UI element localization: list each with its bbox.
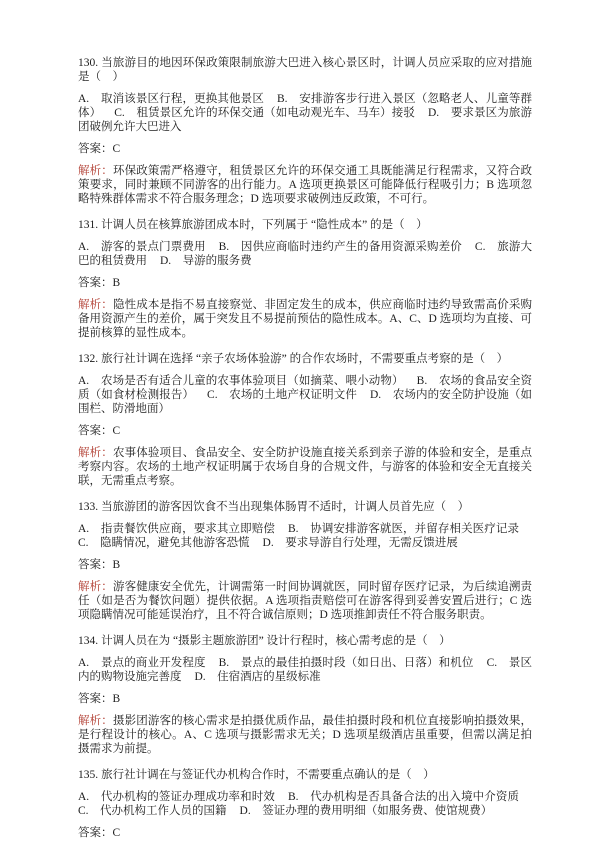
option-b: B. 因供应商临时违约产生的备用资源采购差价 — [219, 241, 462, 253]
answer-value: B — [113, 693, 121, 705]
question-stem: 132.旅行社计调在选择 “亲子农场体验游” 的合作农场时，不需要重点考察的是（… — [78, 352, 532, 366]
option-a: A. 代办机构的签证办理成功率和时效 — [78, 791, 275, 803]
question-block-132: 132.旅行社计调在选择 “亲子农场体验游” 的合作农场时，不需要重点考察的是（… — [78, 352, 532, 488]
question-options: A. 代办机构的签证办理成功率和时效B. 代办机构是否具备合法的出入境中介资质C… — [78, 790, 532, 818]
analysis-text: 农事体验项目、食品安全、安全防护设施直接关系到亲子游的体验和安全，是重点考察内容… — [78, 447, 532, 487]
question-stem-text: 旅行社计调在与签证代办机构合作时，不需要重点确认的是（ ） — [101, 769, 435, 781]
question-stem: 131.计调人员在核算旅游团成本时，下列属于 “隐性成本” 的是（ ） — [78, 218, 532, 232]
analysis-text: 摄影团游客的核心需求是拍摄优质作品，最佳拍摄时段和机位直接影响拍摄效果，是行程设… — [78, 715, 532, 755]
question-stem-text: 计调人员在为 “摄影主题旅游团” 设计行程时，核心需考虑的是（ ） — [101, 635, 450, 647]
question-options: A. 指责餐饮供应商，要求其立即赔偿B. 协调安排游客就医，并留存相关医疗记录C… — [78, 522, 532, 550]
question-number: 131. — [78, 219, 98, 231]
analysis-text: 环保政策需严格遵守，租赁景区允许的环保交通工具既能满足行程需求，又符合政策要求，… — [78, 165, 532, 205]
option-c: C. 农场的土地产权证明文件 — [207, 389, 357, 401]
answer-line: 答案：B — [78, 558, 532, 572]
analysis-text: 隐性成本是指不易直接察觉、非固定发生的成本，供应商临时违约导致需高价采购备用资源… — [78, 299, 532, 339]
analysis-line: 解析：隐性成本是指不易直接察觉、非固定发生的成本，供应商临时违约导致需高价采购备… — [78, 298, 532, 340]
question-stem: 133.当旅游团的游客因饮食不当出现集体肠胃不适时，计调人员首先应（ ） — [78, 500, 532, 514]
answer-label: 答案： — [78, 143, 113, 155]
question-number: 130. — [78, 57, 98, 69]
analysis-text: 游客健康安全优先，计调需第一时间协调就医，同时留存医疗记录，为后续追溯责任（如是… — [78, 581, 532, 621]
option-d: D. 要求导游自行处理，无需反馈进展 — [263, 537, 458, 549]
question-stem: 134.计调人员在为 “摄影主题旅游团” 设计行程时，核心需考虑的是（ ） — [78, 634, 532, 648]
question-number: 132. — [78, 353, 98, 365]
analysis-line: 解析：摄影团游客的核心需求是拍摄优质作品，最佳拍摄时段和机位直接影响拍摄效果，是… — [78, 714, 532, 756]
option-d: D. 住宿酒店的星级标准 — [195, 671, 321, 683]
question-block-134: 134.计调人员在为 “摄影主题旅游团” 设计行程时，核心需考虑的是（ ） A.… — [78, 634, 532, 756]
question-stem-text: 旅行社计调在选择 “亲子农场体验游” 的合作农场时，不需要重点考察的是（ ） — [101, 353, 508, 365]
option-d: D. 签证办理的费用明细（如服务费、使馆规费） — [240, 805, 493, 817]
option-a: A. 游客的景点门票费用 — [78, 241, 206, 253]
answer-value: C — [113, 827, 121, 839]
question-stem-text: 计调人员在核算旅游团成本时，下列属于 “隐性成本” 的是（ ） — [101, 219, 427, 231]
analysis-label: 解析： — [78, 447, 113, 459]
answer-value: C — [113, 425, 121, 437]
analysis-line: 解析：游客健康安全优先，计调需第一时间协调就医，同时留存医疗记录，为后续追溯责任… — [78, 580, 532, 622]
analysis-label: 解析： — [78, 715, 113, 727]
analysis-label: 解析： — [78, 165, 113, 177]
analysis-line: 解析：环保政策需严格遵守，租赁景区允许的环保交通工具既能满足行程需求，又符合政策… — [78, 164, 532, 206]
question-number: 133. — [78, 501, 98, 513]
question-block-135: 135.旅行社计调在与签证代办机构合作时，不需要重点确认的是（ ） A. 代办机… — [78, 768, 532, 840]
question-stem: 130.当旅游目的地因环保政策限制旅游大巴进入核心景区时，计调人员应采取的应对措… — [78, 56, 532, 84]
question-options: A. 景点的商业开发程度B. 景点的最佳拍摄时段（如日出、日落）和机位C. 景区… — [78, 656, 532, 684]
option-c: C. 隐瞒情况，避免其他游客恐慌 — [78, 537, 250, 549]
document-page: 130.当旅游目的地因环保政策限制旅游大巴进入核心景区时，计调人员应采取的应对措… — [0, 0, 600, 849]
question-block-130: 130.当旅游目的地因环保政策限制旅游大巴进入核心景区时，计调人员应采取的应对措… — [78, 56, 532, 206]
option-b: B. 协调安排游客就医，并留存相关医疗记录 — [288, 523, 519, 535]
option-b: B. 景点的最佳拍摄时段（如日出、日落）和机位 — [219, 657, 474, 669]
answer-value: B — [113, 559, 121, 571]
question-number: 134. — [78, 635, 98, 647]
question-options: A. 取消该景区行程，更换其他景区B. 安排游客步行进入景区（忽略老人、儿童等群… — [78, 92, 532, 134]
answer-line: 答案：B — [78, 276, 532, 290]
option-a: A. 取消该景区行程，更换其他景区 — [78, 93, 264, 105]
question-block-133: 133.当旅游团的游客因饮食不当出现集体肠胃不适时，计调人员首先应（ ） A. … — [78, 500, 532, 622]
answer-label: 答案： — [78, 827, 113, 839]
answer-line: 答案：B — [78, 692, 532, 706]
option-a: A. 指责餐饮供应商，要求其立即赔偿 — [78, 523, 275, 535]
option-a: A. 景点的商业开发程度 — [78, 657, 206, 669]
question-options: A. 游客的景点门票费用B. 因供应商临时违约产生的备用资源采购差价C. 旅游大… — [78, 240, 532, 268]
question-stem: 135.旅行社计调在与签证代办机构合作时，不需要重点确认的是（ ） — [78, 768, 532, 782]
question-stem-text: 当旅游团的游客因饮食不当出现集体肠胃不适时，计调人员首先应（ ） — [101, 501, 469, 513]
analysis-label: 解析： — [78, 581, 113, 593]
answer-label: 答案： — [78, 425, 113, 437]
answer-line: 答案：C — [78, 826, 532, 840]
analysis-line: 解析：农事体验项目、食品安全、安全防护设施直接关系到亲子游的体验和安全，是重点考… — [78, 446, 532, 488]
question-block-131: 131.计调人员在核算旅游团成本时，下列属于 “隐性成本” 的是（ ） A. 游… — [78, 218, 532, 340]
option-a: A. 农场是否有适合儿童的农事体验项目（如摘菜、喂小动物） — [78, 375, 404, 387]
analysis-label: 解析： — [78, 299, 113, 311]
question-number: 135. — [78, 769, 98, 781]
question-options: A. 农场是否有适合儿童的农事体验项目（如摘菜、喂小动物）B. 农场的食品安全资… — [78, 374, 532, 416]
question-stem-text: 当旅游目的地因环保政策限制旅游大巴进入核心景区时，计调人员应采取的应对措施是（ … — [78, 57, 532, 83]
answer-line: 答案：C — [78, 142, 532, 156]
option-d: D. 导游的服务费 — [160, 255, 252, 267]
answer-line: 答案：C — [78, 424, 532, 438]
answer-value: B — [113, 277, 121, 289]
option-b: B. 代办机构是否具备合法的出入境中介资质 — [288, 791, 519, 803]
answer-label: 答案： — [78, 693, 113, 705]
answer-label: 答案： — [78, 559, 113, 571]
answer-label: 答案： — [78, 277, 113, 289]
answer-value: C — [113, 143, 121, 155]
option-c: C. 租赁景区允许的环保交通（如电动观光车、马车）接驳 — [114, 107, 415, 119]
option-c: C. 代办机构工作人员的国籍 — [78, 805, 227, 817]
